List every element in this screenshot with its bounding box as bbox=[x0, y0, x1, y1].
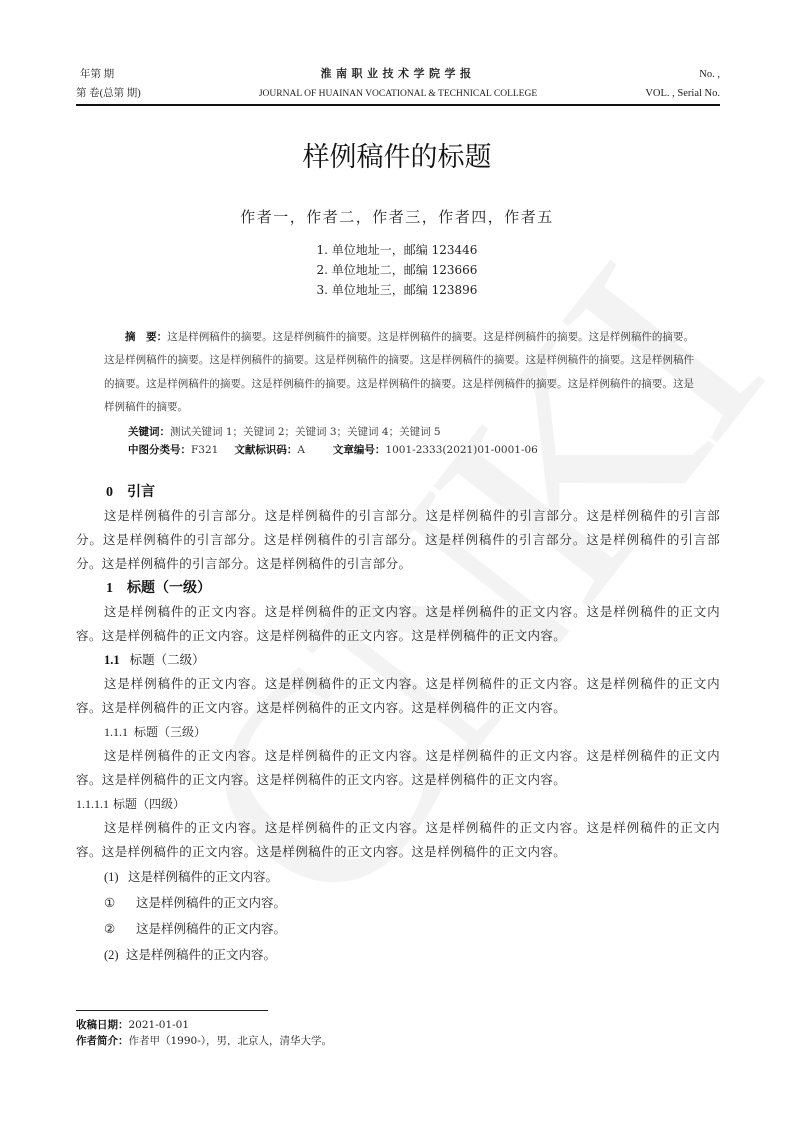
list-text: 这是样例稿件的正文内容。 bbox=[126, 947, 276, 962]
list-item: (2)这是样例稿件的正文内容。 bbox=[76, 942, 720, 968]
affiliation-item: 2. 单位地址二，邮编 123666 bbox=[0, 260, 794, 280]
section-heading-intro: 0引言 bbox=[76, 480, 720, 504]
volume-serial-en: VOL. , Serial No. bbox=[560, 87, 720, 101]
doc-code-value: A bbox=[297, 444, 305, 456]
received-date-label: 收稿日期： bbox=[76, 1019, 129, 1031]
keywords-text: 测试关键词 1；关键词 2；关键词 3；关键词 4；关键词 5 bbox=[170, 426, 441, 438]
section-title: 标题（四级） bbox=[113, 797, 185, 811]
article-no-label: 文章编号： bbox=[333, 444, 386, 456]
section-number: 1 bbox=[106, 581, 113, 596]
main-body: 0引言 这是样例稿件的引言部分。这是样例稿件的引言部分。这是样例稿件的引言部分。… bbox=[76, 480, 720, 968]
list-item: (1)这是样例稿件的正文内容。 bbox=[76, 864, 720, 890]
running-header-row-1: 年第 期 淮南职业技术学院学报 No. , bbox=[76, 67, 720, 82]
intro-paragraph: 这是样例稿件的引言部分。这是样例稿件的引言部分。这是样例稿件的引言部分。这是样例… bbox=[76, 504, 720, 576]
author-list: 作者一，作者二，作者三，作者四，作者五 bbox=[0, 206, 794, 228]
section-number: 0 bbox=[106, 485, 113, 500]
author-bio-value: 作者甲（1990-），男，北京人，清华大学。 bbox=[129, 1035, 333, 1047]
affiliation-item: 1. 单位地址一，邮编 123446 bbox=[0, 240, 794, 260]
header-divider bbox=[76, 104, 720, 106]
footnote: 收稿日期：2021-01-01 作者简介：作者甲（1990-），男，北京人，清华… bbox=[76, 1017, 676, 1049]
clc-value: F321 bbox=[191, 444, 218, 456]
list-marker: ② bbox=[104, 916, 136, 942]
section-1-1-1-1-paragraph: 这是样例稿件的正文内容。这是样例稿件的正文内容。这是样例稿件的正文内容。这是样例… bbox=[76, 816, 720, 864]
received-date-value: 2021-01-01 bbox=[129, 1019, 190, 1031]
section-title: 标题（一级） bbox=[127, 580, 211, 596]
list-marker: ① bbox=[104, 890, 136, 916]
list-text: 这是样例稿件的正文内容。 bbox=[128, 869, 278, 884]
running-header-row-2: 第 卷(总第 期) JOURNAL OF HUAINAN VOCATIONAL … bbox=[76, 87, 720, 101]
section-1-1-1-paragraph: 这是样例稿件的正文内容。这是样例稿件的正文内容。这是样例稿件的正文内容。这是样例… bbox=[76, 744, 720, 792]
author-bio-label: 作者简介： bbox=[76, 1035, 129, 1047]
article-metadata: 关键词：测试关键词 1；关键词 2；关键词 3；关键词 4；关键词 5 中图分类… bbox=[128, 423, 688, 459]
author-bio-line: 作者简介：作者甲（1990-），男，北京人，清华大学。 bbox=[76, 1033, 676, 1049]
article-no-value: 1001-2333(2021)01-0001-06 bbox=[385, 444, 537, 456]
classification-line: 中图分类号：F321文献标识码：A文章编号：1001-2333(2021)01-… bbox=[128, 441, 688, 459]
list-text: 这是样例稿件的正文内容。 bbox=[136, 895, 286, 910]
footnote-divider bbox=[76, 1010, 268, 1011]
section-heading-1: 1标题（一级） bbox=[76, 576, 720, 600]
keywords-line: 关键词：测试关键词 1；关键词 2；关键词 3；关键词 4；关键词 5 bbox=[128, 423, 688, 441]
section-title: 标题（二级） bbox=[130, 652, 205, 667]
section-heading-1-1-1: 1.1.1标题（三级） bbox=[76, 720, 720, 744]
journal-name-cn: 淮南职业技术学院学报 bbox=[236, 67, 560, 81]
section-title: 标题（三级） bbox=[134, 725, 206, 739]
section-1-1-paragraph: 这是样例稿件的正文内容。这是样例稿件的正文内容。这是样例稿件的正文内容。这是样例… bbox=[76, 672, 720, 720]
list-marker: (2) bbox=[104, 942, 126, 968]
abstract: 摘 要：这是样例稿件的摘要。这是样例稿件的摘要。这是样例稿件的摘要。这是样例稿件… bbox=[104, 326, 694, 420]
section-heading-1-1: 1.1标题（二级） bbox=[76, 648, 720, 672]
affiliation-list: 1. 单位地址一，邮编 123446 2. 单位地址二，邮编 123666 3.… bbox=[0, 240, 794, 300]
issue-number: No. , bbox=[560, 68, 720, 82]
clc-label: 中图分类号： bbox=[128, 444, 191, 456]
received-date-line: 收稿日期：2021-01-01 bbox=[76, 1017, 676, 1033]
abstract-text: 这是样例稿件的摘要。这是样例稿件的摘要。这是样例稿件的摘要。这是样例稿件的摘要。… bbox=[104, 331, 694, 413]
abstract-label: 摘 要： bbox=[104, 331, 167, 343]
affiliation-item: 3. 单位地址三，邮编 123896 bbox=[0, 280, 794, 300]
keywords-label: 关键词： bbox=[128, 426, 170, 438]
section-1-paragraph: 这是样例稿件的正文内容。这是样例稿件的正文内容。这是样例稿件的正文内容。这是样例… bbox=[76, 600, 720, 648]
section-number: 1.1 bbox=[104, 653, 120, 667]
section-title: 引言 bbox=[127, 484, 155, 500]
paper-title: 样例稿件的标题 bbox=[0, 140, 794, 176]
journal-name-en: JOURNAL OF HUAINAN VOCATIONAL & TECHNICA… bbox=[236, 87, 560, 101]
list-item: ②这是样例稿件的正文内容。 bbox=[76, 916, 720, 942]
issue-year: 年第 期 bbox=[76, 68, 236, 82]
list-text: 这是样例稿件的正文内容。 bbox=[136, 921, 286, 936]
volume-serial-cn: 第 卷(总第 期) bbox=[76, 87, 236, 101]
section-number: 1.1.1.1 bbox=[76, 797, 109, 811]
doc-code-label: 文献标识码： bbox=[234, 444, 297, 456]
list-item: ①这是样例稿件的正文内容。 bbox=[76, 890, 720, 916]
section-number: 1.1.1 bbox=[104, 725, 128, 739]
list-marker: (1) bbox=[104, 864, 128, 890]
section-heading-1-1-1-1: 1.1.1.1标题（四级） bbox=[76, 792, 720, 816]
